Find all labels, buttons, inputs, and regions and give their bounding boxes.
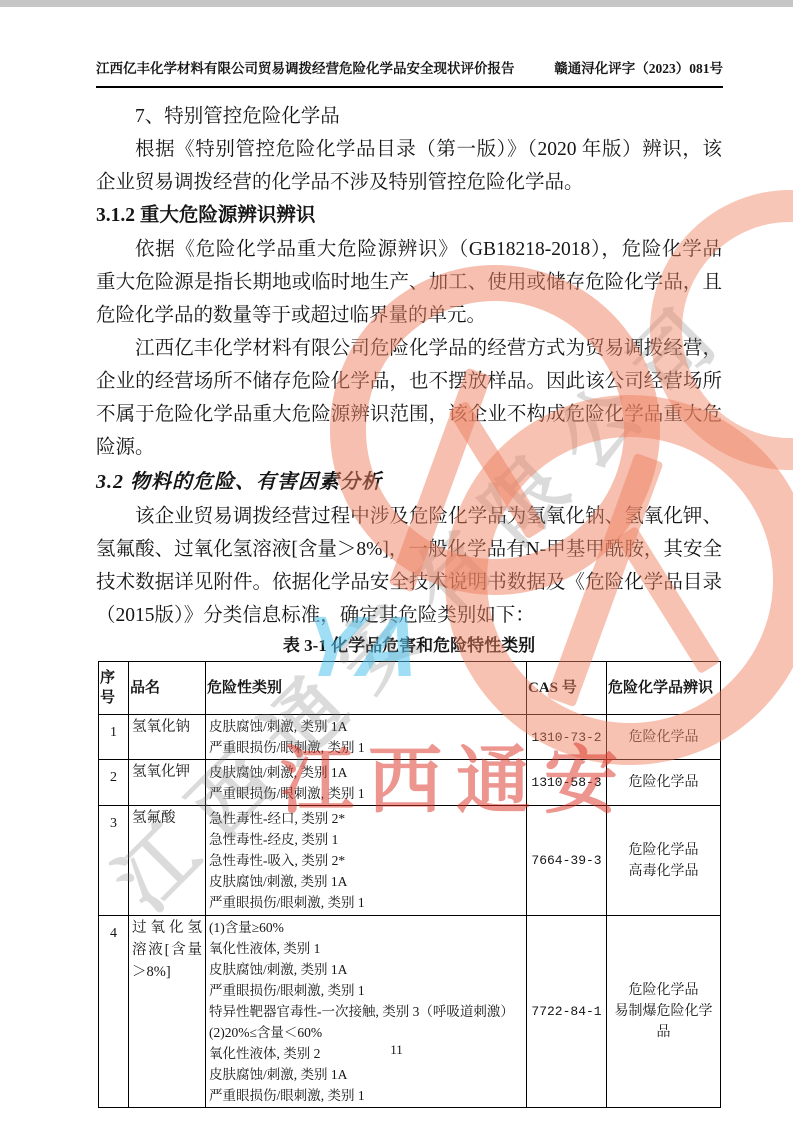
col-product-name: 品名: [129, 662, 206, 715]
para-major-hazard-definition: 依据《危险化学品重大危险源辨识》（GB18218-2018），危险化学品重大危险…: [96, 233, 722, 332]
cas-number: 7722-84-1: [527, 916, 607, 1108]
para-company-analysis: 江西亿丰化学材料有限公司危险化学品的经营方式为贸易调拨经营，企业的经营场所不储存…: [96, 332, 722, 464]
main-content: 7、特别管控危险化学品 根据《特别管控危险化学品目录（第一版）》（2020 年版…: [96, 100, 722, 1108]
hazard-line: 氧化性液体, 类别 1: [209, 938, 523, 959]
hazard-line: (2)20%≤含量＜60%: [209, 1022, 523, 1043]
identification-line: 易制爆危险化学品: [610, 1001, 717, 1043]
table-row: 1 氢氧化钠 皮肤腐蚀/刺激, 类别 1A 严重眼损伤/眼刺激, 类别 1 13…: [99, 715, 721, 760]
hazard-class-list: (1)含量≥60% 氧化性液体, 类别 1 皮肤腐蚀/刺激, 类别 1A 严重眼…: [206, 916, 527, 1108]
identification-line: 危险化学品: [610, 980, 717, 1001]
table-row: 2 氢氧化钾 皮肤腐蚀/刺激, 类别 1A 严重眼损伤/眼刺激, 类别 1 13…: [99, 760, 721, 806]
row-no: 1: [99, 715, 129, 760]
hazard-line: 皮肤腐蚀/刺激, 类别 1A: [209, 871, 523, 892]
row-no: 2: [99, 760, 129, 806]
hazard-line: 急性毒性-经皮, 类别 1: [209, 829, 523, 850]
hazard-line: 皮肤腐蚀/刺激, 类别 1A: [209, 959, 523, 980]
identification: 危险化学品 易制爆危险化学品: [607, 916, 721, 1108]
cas-number: 7664-39-3: [527, 806, 607, 916]
hazard-line: 皮肤腐蚀/刺激, 类别 1A: [209, 762, 523, 783]
cas-number: 1310-58-3: [527, 760, 607, 806]
para-materials-analysis: 该企业贸易调拨经营过程中涉及危险化学品为氢氧化钠、氢氧化钾、氢氟酸、过氧化氢溶液…: [96, 500, 722, 632]
hazard-line: 严重眼损伤/眼刺激, 类别 1: [209, 980, 523, 1001]
hazard-line: 严重眼损伤/眼刺激, 类别 1: [209, 737, 523, 758]
identification: 危险化学品: [607, 715, 721, 760]
col-cas-number: CAS 号: [527, 662, 607, 715]
document-page: 江西亿丰化学材料有限公司贸易调拨经营危险化学品安全现状评价报告 赣通浔化评字（2…: [0, 0, 793, 1122]
identification: 危险化学品 高毒化学品: [607, 806, 721, 916]
chemical-name: 氢氧化钾: [129, 760, 206, 806]
para-special-control: 根据《特别管控危险化学品目录（第一版）》（2020 年版）辨识，该企业贸易调拨经…: [96, 133, 722, 199]
section-3-2-heading: 3.2 物料的危险、有害因素分析: [96, 464, 722, 500]
hazard-line: 皮肤腐蚀/刺激, 类别 1A: [209, 1064, 523, 1085]
page-number: 11: [0, 1042, 793, 1058]
hazard-line: 皮肤腐蚀/刺激, 类别 1A: [209, 716, 523, 737]
chemical-name: 氢氟酸: [129, 806, 206, 916]
identification-line: 危险化学品: [610, 772, 717, 793]
chemical-name: 氢氧化钠: [129, 715, 206, 760]
table-row: 4 过氧化氢溶液[含量＞8%] (1)含量≥60% 氧化性液体, 类别 1 皮肤…: [99, 916, 721, 1108]
header-divider: [96, 86, 723, 88]
scan-edge-strip: [0, 0, 793, 7]
hazard-line: 急性毒性-吸入, 类别 2*: [209, 850, 523, 871]
identification-line: 危险化学品: [610, 727, 717, 748]
col-serial-number: 序号: [99, 662, 129, 715]
hazard-line: 严重眼损伤/眼刺激, 类别 1: [209, 783, 523, 804]
identification-line: 危险化学品: [610, 840, 717, 861]
hazard-class-list: 急性毒性-经口, 类别 2* 急性毒性-经皮, 类别 1 急性毒性-吸入, 类别…: [206, 806, 527, 916]
table-title: 表 3-1 化学品危害和危险特性类别: [96, 634, 722, 658]
cas-number: 1310-73-2: [527, 715, 607, 760]
hazard-class-list: 皮肤腐蚀/刺激, 类别 1A 严重眼损伤/眼刺激, 类别 1: [206, 760, 527, 806]
hazard-line: 严重眼损伤/眼刺激, 类别 1: [209, 892, 523, 913]
hazard-line: 急性毒性-经口, 类别 2*: [209, 808, 523, 829]
header-report-title: 江西亿丰化学材料有限公司贸易调拨经营危险化学品安全现状评价报告: [96, 60, 515, 78]
col-identification: 危险化学品辨识: [607, 662, 721, 715]
table-header-row: 序号 品名 危险性类别 CAS 号 危险化学品辨识: [99, 662, 721, 715]
item7-heading: 7、特别管控危险化学品: [96, 100, 722, 133]
report-header: 江西亿丰化学材料有限公司贸易调拨经营危险化学品安全现状评价报告 赣通浔化评字（2…: [96, 60, 723, 78]
hazard-table: 序号 品名 危险性类别 CAS 号 危险化学品辨识 1 氢氧化钠 皮肤腐蚀/刺激…: [98, 661, 721, 1108]
identification-line: 高毒化学品: [610, 861, 717, 882]
hazard-line: 严重眼损伤/眼刺激, 类别 1: [209, 1085, 523, 1106]
hazard-class-list: 皮肤腐蚀/刺激, 类别 1A 严重眼损伤/眼刺激, 类别 1: [206, 715, 527, 760]
row-no: 3: [99, 806, 129, 916]
hazard-line: 特异性靶器官毒性-一次接触, 类别 3（呼吸道刺激）: [209, 1001, 523, 1022]
row-no: 4: [99, 916, 129, 1108]
chemical-name: 过氧化氢溶液[含量＞8%]: [129, 916, 206, 1108]
header-doc-number: 赣通浔化评字（2023）081号: [554, 60, 723, 78]
identification: 危险化学品: [607, 760, 721, 806]
hazard-line: (1)含量≥60%: [209, 917, 523, 938]
section-3-1-2-heading: 3.1.2 重大危险源辨识辨识: [96, 199, 722, 233]
col-hazard-class: 危险性类别: [206, 662, 527, 715]
table-row: 3 氢氟酸 急性毒性-经口, 类别 2* 急性毒性-经皮, 类别 1 急性毒性-…: [99, 806, 721, 916]
